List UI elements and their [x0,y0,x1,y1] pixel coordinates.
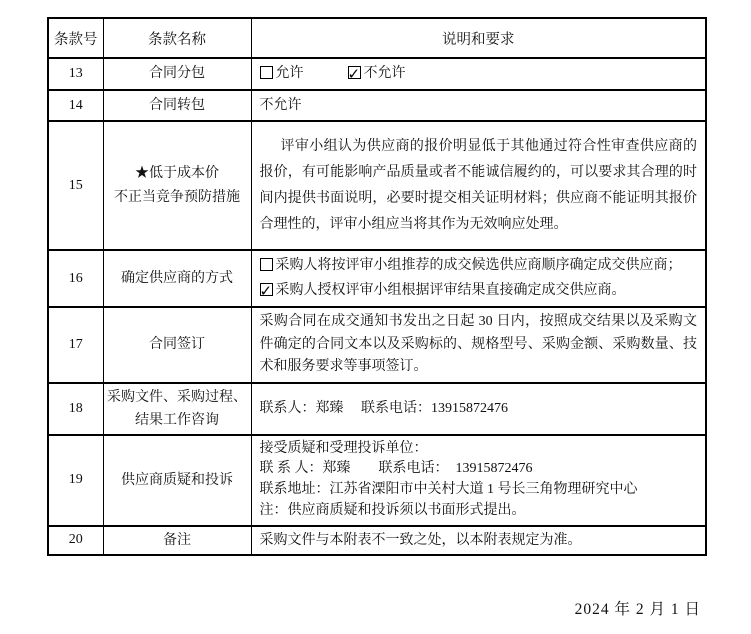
clause-name-line: 结果工作咨询 [107,409,248,432]
clause-number: 13 [48,58,103,90]
col-header-clause-no: 条款号 [48,18,103,58]
col-header-clause-name: 条款名称 [103,18,251,58]
content-line: 采购文件与本附表不一致之处，以本附表规定为准。 [260,530,698,551]
checkbox-checked-icon[interactable] [260,283,273,296]
clause-content: 允许不允许 [251,58,706,90]
clause-name-line: 供应商质疑和投诉 [107,469,248,492]
col-header-description: 说明和要求 [251,18,706,58]
table-header-row: 条款号 条款名称 说明和要求 [48,18,706,58]
clause-content: 接受质疑和受理投诉单位：联 系 人：郑臻 联系电话： 13915872476联系… [251,435,706,526]
clause-name: 合同分包 [103,58,251,90]
table-row: 20备注采购文件与本附表不一致之处，以本附表规定为准。 [48,526,706,555]
table-row: 14合同转包不允许 [48,90,706,121]
clause-name: ★低于成本价不正当竞争预防措施 [103,121,251,250]
clause-name-line: 合同分包 [107,62,248,85]
clause-number: 20 [48,526,103,555]
content-paragraph: 评审小组认为供应商的报价明显低于其他通过符合性审查供应商的报价，有可能影响产品质… [260,134,698,238]
content-line: 联系地址：江苏省溧阳市中关村大道 1 号长三角物理研究中心 [260,480,698,501]
checkbox-label: 允许 [276,66,304,81]
content-line: 联系人：郑臻 联系电话：13915872476 [260,398,698,419]
clause-name: 合同转包 [103,90,251,121]
clause-name-line: 合同签订 [107,333,248,356]
checkbox-line: 采购人授权评审小组根据评审结果直接确定成交供应商。 [260,279,698,304]
clause-name-line: 确定供应商的方式 [107,267,248,290]
terms-table-body: 13合同分包允许不允许14合同转包不允许15★低于成本价不正当竞争预防措施评审小… [48,58,706,555]
clause-number: 17 [48,307,103,383]
clause-content: 采购合同在成交通知书发出之日起 30 日内，按照成交结果以及采购文件确定的合同文… [251,307,706,383]
table-row: 16确定供应商的方式采购人将按评审小组推荐的成交候选供应商顺序确定成交供应商；采… [48,250,706,307]
clause-name: 确定供应商的方式 [103,250,251,307]
clause-content: 采购文件与本附表不一致之处，以本附表规定为准。 [251,526,706,555]
checkbox-unchecked-icon[interactable] [260,66,273,79]
content-line: 联 系 人：郑臻 联系电话： 13915872476 [260,459,698,480]
checkbox-label: 采购人授权评审小组根据评审结果直接确定成交供应商。 [276,283,626,298]
clause-number: 14 [48,90,103,121]
table-row: 18采购文件、采购过程、结果工作咨询联系人：郑臻 联系电话：1391587247… [48,383,706,435]
checkbox-label: 采购人将按评审小组推荐的成交候选供应商顺序确定成交供应商； [276,258,682,273]
clause-number: 15 [48,121,103,250]
checkbox-label: 不允许 [364,66,406,81]
clause-content: 不允许 [251,90,706,121]
checkbox-line: 允许不允许 [260,62,698,86]
clause-number: 19 [48,435,103,526]
content-line: 接受质疑和受理投诉单位： [260,439,698,460]
table-row: 19供应商质疑和投诉接受质疑和受理投诉单位：联 系 人：郑臻 联系电话： 139… [48,435,706,526]
checkbox-checked-icon[interactable] [348,66,361,79]
checkbox-option: 不允许 [348,62,406,86]
table-row: 15★低于成本价不正当竞争预防措施评审小组认为供应商的报价明显低于其他通过符合性… [48,121,706,250]
checkbox-unchecked-icon[interactable] [260,258,273,271]
document-date: 2024 年 2 月 1 日 [575,597,701,619]
clause-name-line: 不正当竞争预防措施 [107,186,248,209]
checkbox-option: 允许 [260,62,304,86]
document-page: 条款号 条款名称 说明和要求 13合同分包允许不允许14合同转包不允许15★低于… [0,0,751,634]
content-line: 注：供应商质疑和投诉须以书面形式提出。 [260,501,698,522]
clause-number: 18 [48,383,103,435]
clause-name-line: ★低于成本价 [107,162,248,185]
clause-name-line: 合同转包 [107,94,248,117]
checkbox-line: 采购人将按评审小组推荐的成交候选供应商顺序确定成交供应商； [260,254,698,279]
clause-name: 备注 [103,526,251,555]
clause-number: 16 [48,250,103,307]
clause-content: 评审小组认为供应商的报价明显低于其他通过符合性审查供应商的报价，有可能影响产品质… [251,121,706,250]
content-line: 不允许 [260,95,698,116]
content-paragraph: 采购合同在成交通知书发出之日起 30 日内，按照成交结果以及采购文件确定的合同文… [260,311,698,379]
clause-name: 合同签订 [103,307,251,383]
table-row: 13合同分包允许不允许 [48,58,706,90]
clause-name-line: 采购文件、采购过程、 [107,386,248,409]
clause-content: 采购人将按评审小组推荐的成交候选供应商顺序确定成交供应商；采购人授权评审小组根据… [251,250,706,307]
clause-name: 供应商质疑和投诉 [103,435,251,526]
clause-content: 联系人：郑臻 联系电话：13915872476 [251,383,706,435]
checkbox-option: 采购人将按评审小组推荐的成交候选供应商顺序确定成交供应商； [260,254,682,279]
terms-table: 条款号 条款名称 说明和要求 13合同分包允许不允许14合同转包不允许15★低于… [47,17,707,556]
table-row: 17合同签订采购合同在成交通知书发出之日起 30 日内，按照成交结果以及采购文件… [48,307,706,383]
clause-name: 采购文件、采购过程、结果工作咨询 [103,383,251,435]
clause-name-line: 备注 [107,529,248,552]
checkbox-option: 采购人授权评审小组根据评审结果直接确定成交供应商。 [260,279,626,304]
